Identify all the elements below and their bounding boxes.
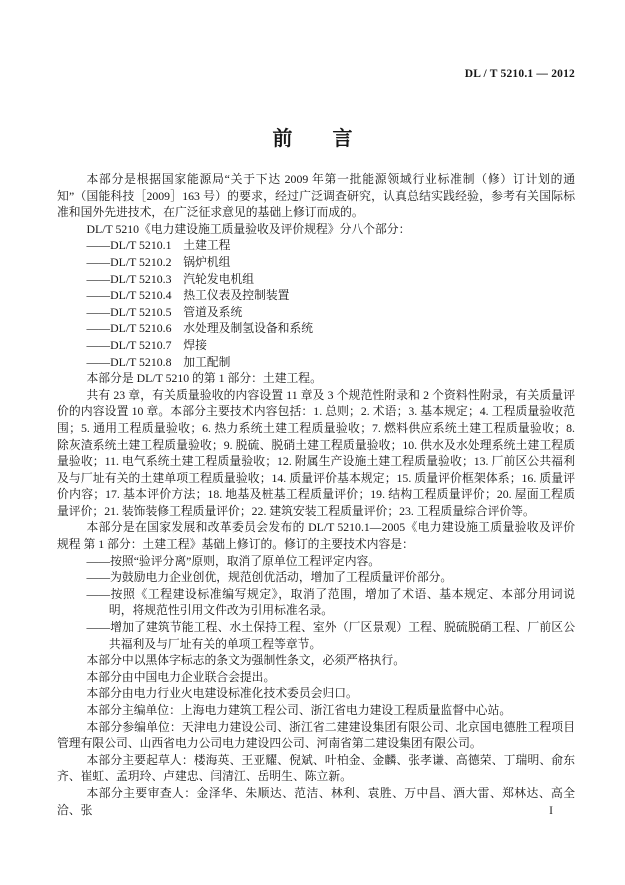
revision-item: ——为鼓励电力企业创优，规范创优活动，增加了工程质量评价部分。	[57, 569, 575, 586]
revision-item: ——增加了建筑节能工程、水土保持工程、室外（厂区景观）工程、脱硫脱硝工程、厂前区…	[57, 619, 575, 652]
part-list-item: ——DL/T 5210.7焊接	[57, 337, 575, 354]
part-name: 土建工程	[183, 238, 230, 252]
part-name: 水处理及制氢设备和系统	[183, 321, 313, 335]
page-number: I	[549, 805, 553, 817]
page-title: 前 言	[0, 122, 625, 151]
paragraph-reviewers: 本部分主要审查人：金泽华、朱顺达、范洁、林利、袁胜、万中昌、酒大雷、郑林达、高全…	[57, 785, 575, 818]
part-code: ——DL/T 5210.6	[87, 321, 172, 335]
part-name: 焊接	[183, 338, 207, 352]
part-code: ——DL/T 5210.2	[87, 255, 172, 269]
revision-item: ——按照“验评分离”原则，取消了原单位工程评定内容。	[57, 553, 575, 570]
part-list-item: ——DL/T 5210.6水处理及制氢设备和系统	[57, 320, 575, 337]
paragraph-parts-intro: DL/T 5210《电力建设施工质量验收及评价规程》分八个部分：	[57, 221, 575, 238]
part-name: 热工仪表及控制装置	[183, 288, 289, 302]
document-page: DL / T 5210.1 — 2012 前 言 本部分是根据国家能源局“关于下…	[0, 0, 625, 885]
part-list-item: ——DL/T 5210.3汽轮发电机组	[57, 271, 575, 288]
paragraph-chief-editors: 本部分主编单位：上海电力建筑工程公司、浙江省电力建设工程质量监督中心站。	[57, 702, 575, 719]
part-code: ——DL/T 5210.1	[87, 238, 172, 252]
part-name: 锅炉机组	[183, 255, 230, 269]
part-list-item: ——DL/T 5210.2锅炉机组	[57, 254, 575, 271]
part-code: ——DL/T 5210.7	[87, 338, 172, 352]
paragraph-revision-basis: 本部分是在国家发展和改革委员会发布的 DL/T 5210.1—2005《电力建设…	[57, 519, 575, 552]
part-list-item: ——DL/T 5210.4热工仪表及控制装置	[57, 287, 575, 304]
revision-list: ——按照“验评分离”原则，取消了原单位工程评定内容。 ——为鼓励电力企业创优，规…	[57, 553, 575, 653]
part-list-item: ——DL/T 5210.1土建工程	[57, 237, 575, 254]
paragraph-proposed-by: 本部分由中国电力企业联合会提出。	[57, 669, 575, 686]
part-code: ——DL/T 5210.3	[87, 272, 172, 286]
standard-number: DL / T 5210.1 — 2012	[465, 68, 575, 80]
paragraph-co-editors: 本部分参编单位：天津电力建设公司、浙江省二建建设集团有限公司、北京国电德胜工程项…	[57, 719, 575, 752]
part-code: ——DL/T 5210.8	[87, 355, 172, 369]
part-name: 管道及系统	[183, 305, 242, 319]
part-code: ——DL/T 5210.5	[87, 305, 172, 319]
part-list-item: ——DL/T 5210.5管道及系统	[57, 304, 575, 321]
paragraph-managed-by: 本部分由电力行业火电建设标准化技术委员会归口。	[57, 685, 575, 702]
part-list-item: ——DL/T 5210.8加工配制	[57, 354, 575, 371]
revision-item: ——按照《工程建设标准编写规定》，取消了范围，增加了术语、基本规定、本部分用词说…	[57, 586, 575, 619]
parts-list: ——DL/T 5210.1土建工程 ——DL/T 5210.2锅炉机组 ——DL…	[57, 237, 575, 370]
paragraph-mandatory-clauses: 本部分中以黑体字标志的条文为强制性条文，必须严格执行。	[57, 652, 575, 669]
part-code: ——DL/T 5210.4	[87, 288, 172, 302]
part-name: 加工配制	[183, 355, 230, 369]
part-name: 汽轮发电机组	[183, 272, 254, 286]
paragraph-this-part: 本部分是 DL/T 5210 的第 1 部分：土建工程。	[57, 370, 575, 387]
paragraph-basis: 本部分是根据国家能源局“关于下达 2009 年第一批能源领域行业标准制（修）订计…	[57, 171, 575, 221]
foreword-body: 本部分是根据国家能源局“关于下达 2009 年第一批能源领域行业标准制（修）订计…	[57, 171, 575, 818]
paragraph-contents: 共有 23 章，有关质量验收的内容设置 11 章及 3 个规范性附录和 2 个资…	[57, 387, 575, 520]
paragraph-drafters: 本部分主要起草人：楼海英、王亚耀、倪斌、叶柏金、金麟、张孝谦、高德荣、丁瑞明、俞…	[57, 752, 575, 785]
